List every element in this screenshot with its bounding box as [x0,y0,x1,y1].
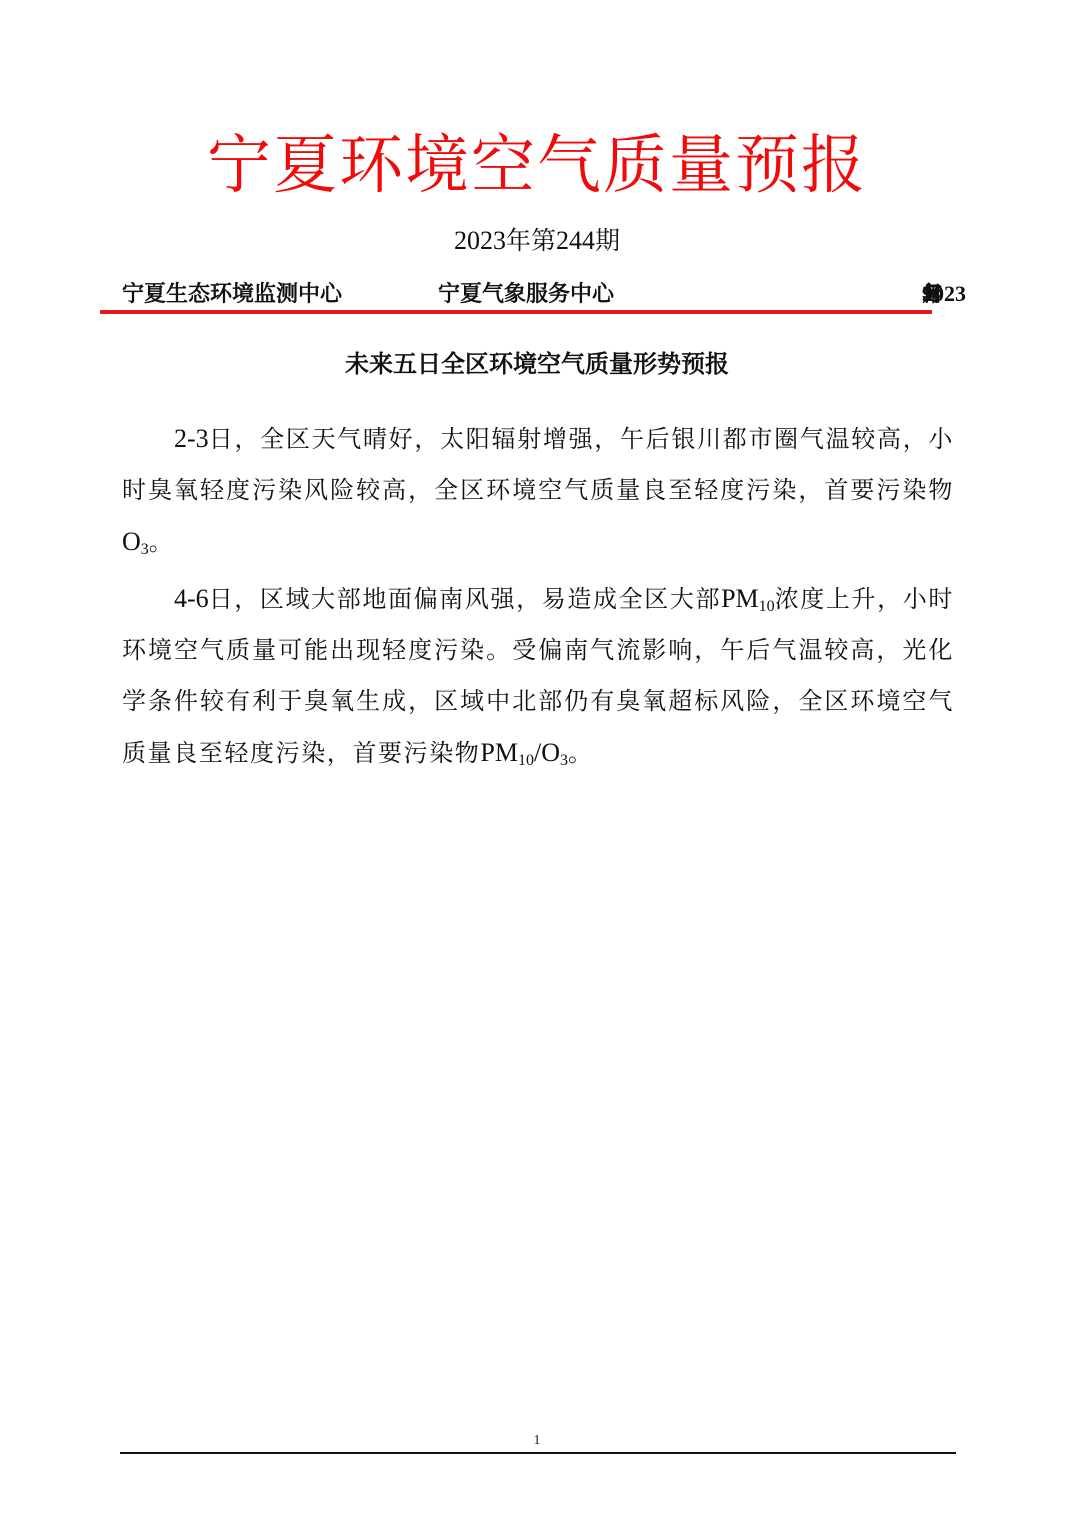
header-red-rule [100,310,932,314]
forecast-paragraph-2: 4-6日，区域大部地面偏南风强，易造成全区大部PM10浓度上升，小时环境空气质量… [122,573,954,779]
paragraph-text: 日，全区天气晴好，太阳辐射增强，午后银川都市圈气温较高，小时臭氧轻度污染风险较高… [122,425,954,504]
pollutant-o3: O3 [122,527,149,556]
date-range: 4-6 [174,584,209,613]
period: 。 [568,739,594,767]
footer-rule [120,1452,956,1454]
issue-number: 2023年第244期 [0,220,1074,261]
publisher-meteorology-center: 宁夏气象服务中心 [438,277,614,311]
publisher-ecology-center: 宁夏生态环境监测中心 [122,277,342,311]
pollutant-pm10-o3: PM10/O3 [480,738,568,767]
issue-num: 244 [556,226,595,255]
publisher-row: 宁夏生态环境监测中心 宁夏气象服务中心 2023 年 9 月 1 日 [122,277,922,311]
issue-num-label: 期 [595,226,620,255]
pollutant-pm10: PM10 [721,584,775,613]
forecast-paragraph-1: 2-3日，全区天气晴好，太阳辐射增强，午后银川都市圈气温较高，小时臭氧轻度污染风… [122,413,954,568]
period: 。 [149,528,175,556]
page-number: 1 [0,1433,1074,1449]
section-heading: 未来五日全区环境空气质量形势预报 [0,346,1074,382]
date-day-label: 日 [922,277,943,311]
paragraph-text: 日，区域大部地面偏南风强，易造成全区大部 [209,585,721,613]
masthead-title: 宁夏环境空气质量预报 [0,126,1074,206]
date-range: 2-3 [174,424,209,453]
issue-year: 2023 [454,226,506,255]
issue-year-label: 年第 [506,226,556,255]
